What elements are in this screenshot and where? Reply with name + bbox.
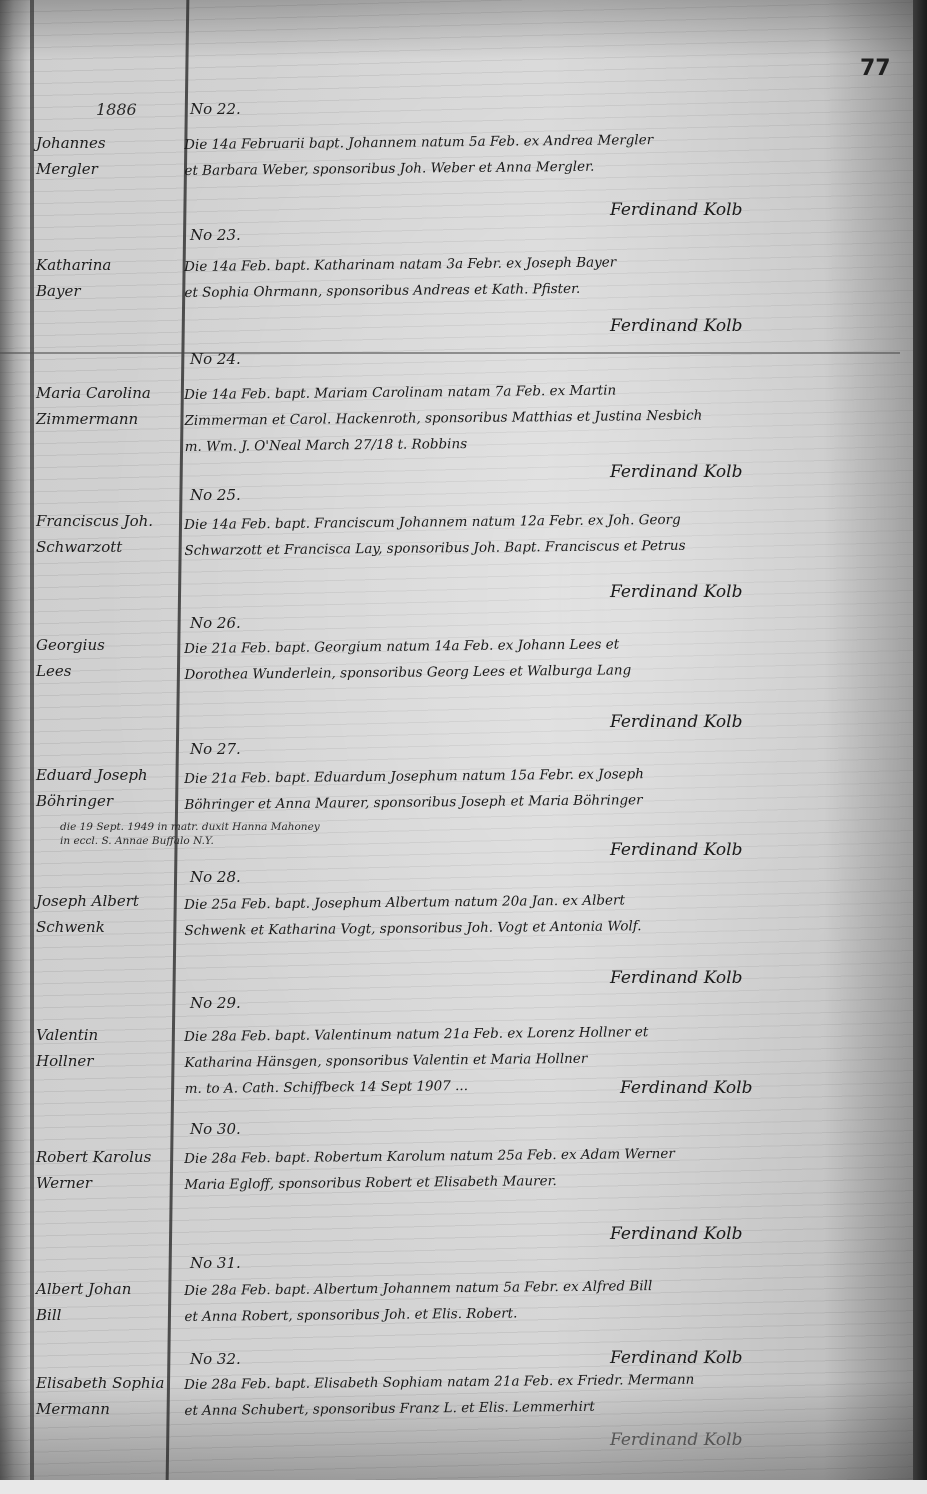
priest-signature: Ferdinand Kolb [610,1348,743,1368]
priest-signature: Ferdinand Kolb [610,462,743,482]
child-name: Joseph Albert Schwenk [36,888,176,940]
register-year: 1886 [96,100,137,119]
entry-number: No 23. [190,226,241,244]
priest-signature: Ferdinand Kolb [610,1224,743,1244]
entry-number: No 28. [190,868,241,886]
child-name: Eduard Joseph Böhringer [36,762,176,814]
entry-text: Die 28a Feb. bapt. Albertum Johannem nat… [184,1271,885,1330]
left-ruled-line [30,0,34,1480]
entry-text: Die 21a Feb. bapt. Georgium natum 14a Fe… [184,629,885,688]
child-name: Georgius Lees [36,632,176,684]
entry-text: Die 21a Feb. bapt. Eduardum Josephum nat… [184,759,885,818]
child-name: Franciscus Joh. Schwarzott [36,508,176,560]
entry-number: No 27. [190,740,241,758]
entry-text: Die 14a Feb. bapt. Mariam Carolinam nata… [184,375,885,460]
entry-text: Die 14a Februarii bapt. Johannem natum 5… [184,125,885,184]
page-bottom-edge [0,1480,927,1494]
entry-number: No 24. [190,350,241,368]
child-name: Albert Johan Bill [36,1276,176,1328]
entry-number: No 26. [190,614,241,632]
entry-divider [0,352,900,354]
entry-text: Die 28a Feb. bapt. Elisabeth Sophiam nat… [184,1365,885,1424]
entry-number: No 25. [190,486,241,504]
priest-signature: Ferdinand Kolb [610,200,743,220]
priest-signature: Ferdinand Kolb [610,1430,743,1450]
entry-number: No 30. [190,1120,241,1138]
child-name: Valentin Hollner [36,1022,176,1074]
priest-signature: Ferdinand Kolb [620,1078,753,1098]
priest-signature: Ferdinand Kolb [610,316,743,336]
entry-text: Die 14a Feb. bapt. Franciscum Johannem n… [184,505,885,564]
entry-number: No 22. [190,100,241,118]
priest-signature: Ferdinand Kolb [610,840,743,860]
priest-signature: Ferdinand Kolb [610,712,743,732]
child-name: Katharina Bayer [36,252,176,304]
page-edge-shadow [913,0,927,1494]
child-name: Robert Karolus Werner [36,1144,176,1196]
register-page [0,0,915,1494]
entry-number: No 31. [190,1254,241,1272]
priest-signature: Ferdinand Kolb [610,582,743,602]
child-name: Maria Carolina Zimmermann [36,380,176,432]
marriage-margin-note: die 19 Sept. 1949 in matr. duxit Hanna M… [60,820,320,848]
entry-text: Die 28a Feb. bapt. Robertum Karolum natu… [184,1139,885,1198]
entry-number: No 32. [190,1350,241,1368]
entry-text: Die 25a Feb. bapt. Josephum Albertum nat… [184,885,885,944]
priest-signature: Ferdinand Kolb [610,968,743,988]
entry-text: Die 14a Feb. bapt. Katharinam natam 3a F… [184,247,885,306]
entry-text: Die 28a Feb. bapt. Valentinum natum 21a … [184,1017,885,1102]
entry-number: No 29. [190,994,241,1012]
child-name: Elisabeth Sophia Mermann [36,1370,176,1422]
child-name: Johannes Mergler [36,130,176,182]
page-number: 77 [860,56,891,81]
